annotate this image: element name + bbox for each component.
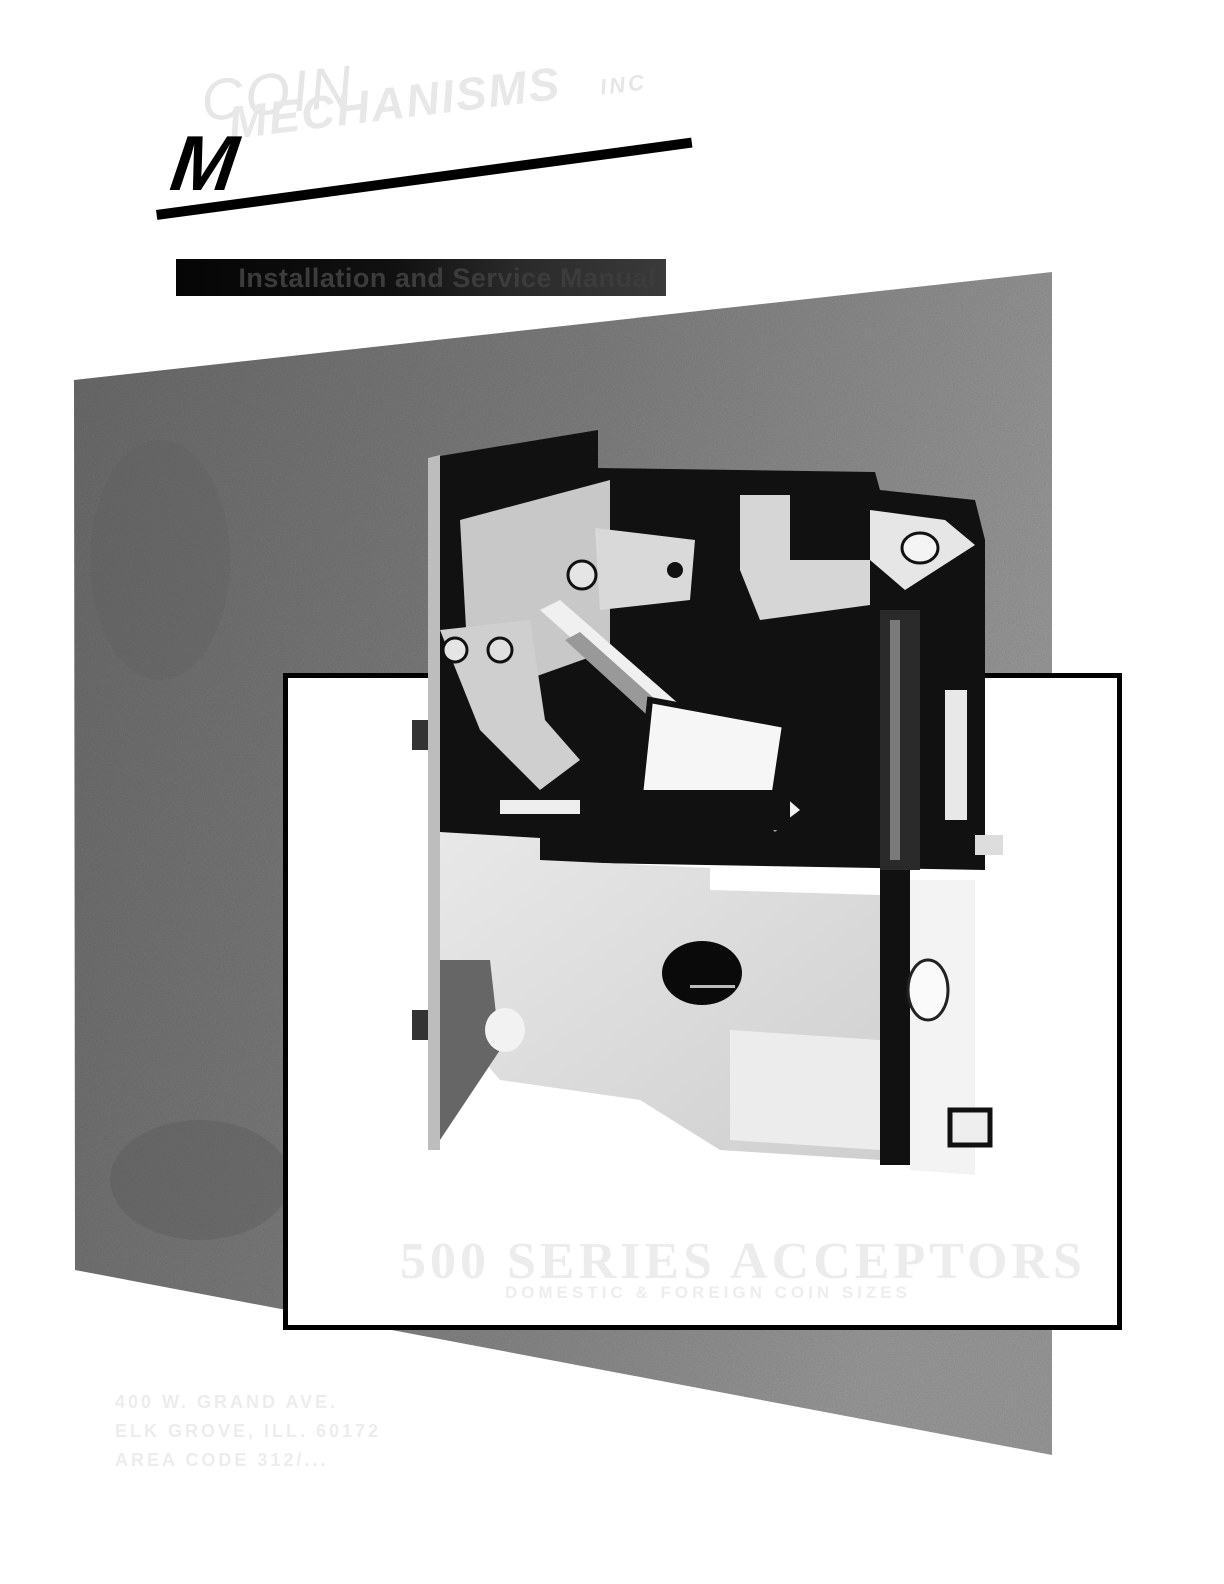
address-line-city: ELK GROVE, ILL. 60172 (115, 1417, 381, 1446)
company-address: 400 W. GRAND AVE. ELK GROVE, ILL. 60172 … (115, 1388, 381, 1475)
product-subtitle: DOMESTIC & FOREIGN COIN SIZES (505, 1283, 911, 1303)
product-photo (0, 0, 1224, 1584)
address-line-phone: AREA CODE 312/... (115, 1446, 381, 1475)
address-line-street: 400 W. GRAND AVE. (115, 1388, 381, 1417)
